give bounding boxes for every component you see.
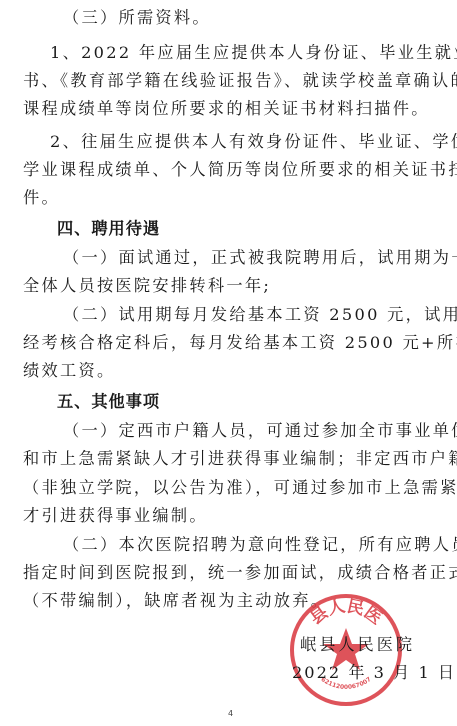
page-number: 4 [228, 709, 233, 718]
paragraph-line: 和市上急需紧缺人才引进获得事业编制；非定西市户籍人员 [23, 449, 457, 469]
paragraph-line: （二）本次医院招聘为意向性登记，所有应聘人员务于 [63, 535, 457, 555]
paragraph-line: 绩效工资。 [23, 361, 115, 381]
paragraph-line: 学业课程成绩单、个人简历等岗位所要求的相关证书扫描 [23, 160, 457, 180]
paragraph-line: 2、往届生应提供本人有效身份证件、毕业证、学位证、 [50, 132, 457, 152]
paragraph-line: （二）试用期每月发给基本工资 2500 元，试用期结束， [63, 305, 457, 325]
paragraph-line: 1、2022 年应届生应提供本人身份证、毕业生就业推荐 [50, 43, 457, 63]
paragraph-line: 指定时间到医院报到，统一参加面试，成绩合格者正式聘用 [23, 563, 457, 583]
paragraph-line: 全体人员按医院安排转科一年; [23, 276, 271, 296]
signature-organization: 岷县人民医院 [300, 631, 415, 655]
paragraph-line: 课程成绩单等岗位所要求的相关证书材料扫描件。 [23, 99, 430, 119]
paragraph-line: （一）面试通过，正式被我院聘用后，试用期为一年， [63, 248, 457, 268]
paragraph-line: （非独立学院，以公告为准），可通过参加市上急需紧缺人 [23, 478, 457, 498]
paragraph-line: （三）所需资料。 [63, 8, 211, 28]
paragraph-line: 件。 [23, 188, 60, 208]
section-heading: 四、聘用待遇 [57, 219, 160, 239]
paragraph-line: （不带编制），缺席者视为主动放弃。 [23, 591, 329, 611]
paragraph-line: 经考核合格定科后，每月发给基本工资 2500 元+所在科室 [23, 333, 457, 353]
signature-date: 2022 年 3 月 1 日 [292, 659, 456, 683]
section-heading: 五、其他事项 [57, 392, 160, 412]
svg-text:县人民医: 县人民医 [306, 596, 385, 629]
paragraph-line: （一）定西市户籍人员，可通过参加全市事业单位招考 [63, 421, 457, 441]
paragraph-line: 书、《教育部学籍在线验证报告》、就读学校盖章确认的学业 [23, 71, 457, 91]
paragraph-line: 才引进获得事业编制。 [23, 506, 208, 526]
